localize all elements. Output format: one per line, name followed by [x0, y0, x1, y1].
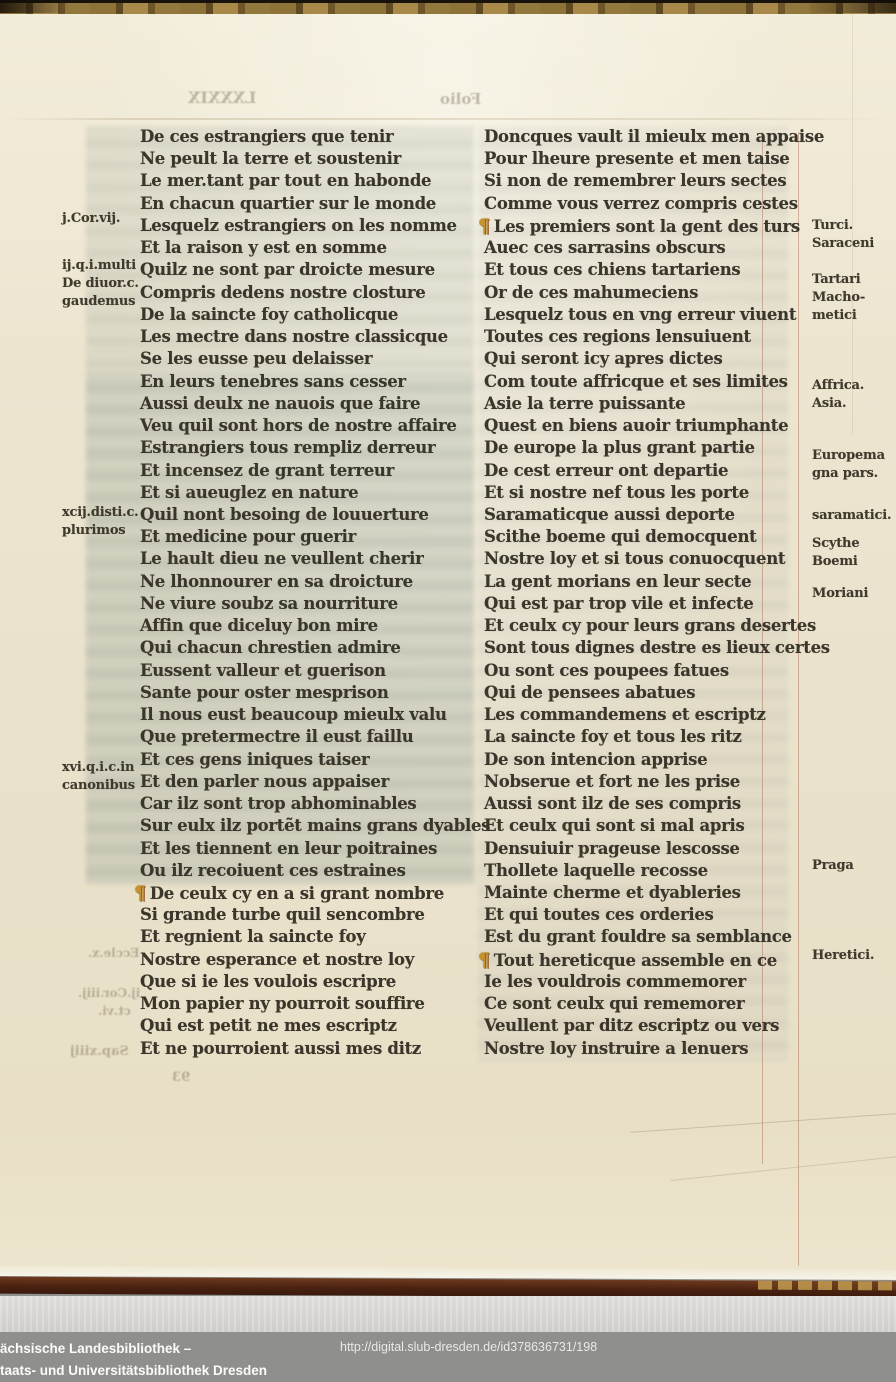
poem-line: De son intencion apprise	[484, 749, 794, 771]
margin-note: saramatici.	[812, 508, 891, 524]
poem-line: Compris dedens nostre closture	[140, 282, 480, 304]
poem-line: Comme vous verrez compris cestes	[484, 193, 794, 215]
top-right-shadow	[806, 0, 896, 13]
bleedthrough-text: Folio	[440, 90, 481, 108]
bleedthrough-text: LXXXIX	[188, 88, 256, 107]
poem-line: Eussent valleur et guerison	[140, 660, 480, 682]
margin-note: Asia.	[812, 396, 846, 412]
poem-line: Et ces gens iniques taiser	[140, 749, 480, 771]
poem-line: Et tous ces chiens tartariens	[484, 259, 794, 281]
poem-line: Sur eulx ilz portẽt mains grans dyables	[140, 815, 480, 837]
margin-note: Turci.	[812, 218, 853, 234]
source-url: http://digital.slub-dresden.de/id3786367…	[340, 1340, 597, 1354]
poem-line: Asie la terre puissante	[484, 393, 794, 415]
poem-line: Et den parler nous appaiser	[140, 771, 480, 793]
bleedthrough-text: ct.vi.	[98, 1004, 131, 1018]
poem-line: Ie les vouldrois commemorer	[484, 971, 794, 993]
bleedthrough-text: 93	[172, 1070, 190, 1085]
poem-line: Il nous eust beaucoup mieulx valu	[140, 704, 480, 726]
poem-line: De cest erreur ont departie	[484, 460, 794, 482]
poem-line: Et incensez de grant terreur	[140, 460, 480, 482]
poem-line: Sante pour oster mesprison	[140, 682, 480, 704]
margin-note: canonibus	[62, 778, 135, 794]
poem-line: Veullent par ditz escriptz ou vers	[484, 1015, 794, 1037]
poem-line: Quilz ne sont par droicte mesure	[140, 259, 480, 281]
poem-line: Quest en biens auoir triumphante	[484, 415, 794, 437]
poem-line: De la saincte foy catholicque	[140, 304, 480, 326]
margin-note: j.Cor.vij.	[62, 211, 120, 227]
poem-line: Nostre loy instruire a lenuers	[484, 1038, 794, 1060]
poem-line: De ces estrangiers que tenir	[140, 126, 480, 148]
poem-line: Ne lhonnourer en sa droicture	[140, 571, 480, 593]
poem-line: Et la raison y est en somme	[140, 237, 480, 259]
margin-note: Moriani	[812, 586, 868, 602]
poem-line: Ce sont ceulx qui rememorer	[484, 993, 794, 1015]
poem-line: Qui seront icy apres dictes	[484, 348, 794, 370]
poem-line: La saincte foy et tous les ritz	[484, 726, 794, 748]
poem-line: Et medicine pour guerir	[140, 526, 480, 548]
poem-line: Et ceulx cy pour leurs grans desertes	[484, 615, 794, 637]
margin-note: metici	[812, 308, 857, 324]
poem-line: Saramaticque aussi deporte	[484, 504, 794, 526]
library-name-line2: taats- und Universitätsbibliothek Dresde…	[0, 1363, 267, 1378]
poem-line: Or de ces mahumeciens	[484, 282, 794, 304]
poem-line: Et les tiennent en leur poitraines	[140, 838, 480, 860]
margin-note: Boemi	[812, 554, 858, 570]
poem-line: Thollete laquelle recosse	[484, 860, 794, 882]
poem-line: Si grande turbe quil sencombre	[140, 904, 480, 926]
poem-line: Est du grant fouldre sa semblance	[484, 926, 794, 948]
gold-paragraph-mark: ¶	[478, 949, 490, 971]
poem-line: Qui est par trop vile et infecte	[484, 593, 794, 615]
margin-note: ij.q.i.multi	[62, 258, 136, 274]
poem-line: Toutes ces regions lensuiuent	[484, 326, 794, 348]
horizontal-crease	[0, 118, 896, 120]
bleedthrough-text: Sap.xiiij	[70, 1044, 129, 1059]
margin-note: gaudemus	[62, 294, 135, 310]
poem-line: Qui de pensees abatues	[484, 682, 794, 704]
margin-note: Macho-	[812, 290, 865, 306]
poem-line: Densuiuir prageuse lescosse	[484, 838, 794, 860]
margin-note: Saraceni	[812, 236, 874, 252]
margin-note: Tartari	[812, 272, 861, 288]
poem-line: Ne viure soubz sa nourriture	[140, 593, 480, 615]
poem-line: Le hault dieu ne veullent cherir	[140, 548, 480, 570]
poem-line: Lesquelz estrangiers on les nomme	[140, 215, 480, 237]
caption-banner: ächsische Landesbibliothek –taats- und U…	[0, 1332, 896, 1382]
poem-line: Les mectre dans nostre classicque	[140, 326, 480, 348]
poem-line: Com toute affricque et ses limites	[484, 371, 794, 393]
poem-line: Car ilz sont trop abhominables	[140, 793, 480, 815]
poem-line: Et ne pourroient aussi mes ditz	[140, 1038, 480, 1060]
poem-line: Veu quil sont hors de nostre affaire	[140, 415, 480, 437]
margin-note: Europema	[812, 448, 885, 464]
poem-line: Quil nont besoing de louuerture	[140, 504, 480, 526]
poem-line: Et qui toutes ces orderies	[484, 904, 794, 926]
bleedthrough-text: Eccle.x.	[88, 946, 139, 960]
digitized-book-scan: { "colors":{ "parchment":"#ece4cf","ink"…	[0, 0, 896, 1382]
poem-line: Mainte cherme et dyableries	[484, 882, 794, 904]
poem-column-right: Doncques vault il mieulx men appaisePour…	[484, 126, 794, 1060]
margin-note: Praga	[812, 858, 854, 874]
poem-line: Le mer.tant par tout en habonde	[140, 170, 480, 192]
poem-line: Se les eusse peu delaisser	[140, 348, 480, 370]
poem-line: Pour lheure presente et men taise	[484, 148, 794, 170]
library-name: ächsische Landesbibliothek –taats- und U…	[0, 1338, 267, 1382]
poem-line: Et ceulx qui sont si mal apris	[484, 815, 794, 837]
poem-line: Et regnient la saincte foy	[140, 926, 480, 948]
margin-note: De diuor.c.	[62, 276, 139, 292]
poem-line: Et si aueuglez en nature	[140, 482, 480, 504]
poem-line: Doncques vault il mieulx men appaise	[484, 126, 794, 148]
poem-column-left: De ces estrangiers que tenirNe peult la …	[140, 126, 480, 1060]
poem-line: Ne peult la terre et soustenir	[140, 148, 480, 170]
poem-line: En leurs tenebres sans cesser	[140, 371, 480, 393]
poem-line: Les commandemens et escriptz	[484, 704, 794, 726]
margin-note: plurimos	[62, 523, 125, 539]
margin-note: Heretici.	[812, 948, 874, 964]
poem-line: ¶Tout hereticque assemble en ce	[484, 949, 794, 971]
poem-line: Ou ilz recoiuent ces estraines	[140, 860, 480, 882]
poem-line: En chacun quartier sur le monde	[140, 193, 480, 215]
poem-line: Mon papier ny pourroit souffire	[140, 993, 480, 1015]
poem-line: Et si nostre nef tous les porte	[484, 482, 794, 504]
poem-line: Ou sont ces poupees fatues	[484, 660, 794, 682]
poem-line: Que pretermectre il eust faillu	[140, 726, 480, 748]
margin-note: xcij.disti.c.	[62, 505, 139, 521]
poem-line: Qui chacun chrestien admire	[140, 637, 480, 659]
poem-line: Qui est petit ne mes escriptz	[140, 1015, 480, 1037]
top-left-shadow	[0, 0, 70, 13]
bleedthrough-text: ij.Cor.iiij.	[78, 986, 140, 1000]
book-board-gilt	[758, 1281, 896, 1291]
gilt-book-edge	[0, 0, 896, 14]
library-name-line1: ächsische Landesbibliothek –	[0, 1341, 191, 1356]
margin-note: gna pars.	[812, 466, 878, 482]
poem-line: Nostre esperance et nostre loy	[140, 949, 480, 971]
poem-line: Affin que diceluy bon mire	[140, 615, 480, 637]
poem-line: Lesquelz tous en vng erreur viuent	[484, 304, 794, 326]
margin-note: xvi.q.i.c.in	[62, 760, 134, 776]
poem-line: Si non de remembrer leurs sectes	[484, 170, 794, 192]
poem-line: La gent morians en leur secte	[484, 571, 794, 593]
margin-note: Affrica.	[812, 378, 864, 394]
poem-line: Auec ces sarrasins obscurs	[484, 237, 794, 259]
margin-note: Scythe	[812, 536, 859, 552]
poem-line: Que si ie les voulois escripre	[140, 971, 480, 993]
poem-line: Aussi sont ilz de ses compris	[484, 793, 794, 815]
poem-line: De europe la plus grant partie	[484, 437, 794, 459]
gold-paragraph-mark: ¶	[478, 215, 490, 237]
background-fabric	[0, 1296, 896, 1332]
poem-line: Scithe boeme qui democquent	[484, 526, 794, 548]
poem-line: Nobserue et fort ne les prise	[484, 771, 794, 793]
poem-line: Nostre loy et si tous conuocquent	[484, 548, 794, 570]
poem-line: ¶De ceulx cy en a si grant nombre	[140, 882, 480, 904]
poem-line: ¶Les premiers sont la gent des turs	[484, 215, 794, 237]
gold-paragraph-mark: ¶	[134, 882, 146, 904]
poem-line: Sont tous dignes destre es lieux certes	[484, 637, 794, 659]
poem-line: Estrangiers tous rempliz derreur	[140, 437, 480, 459]
poem-line: Aussi deulx ne nauois que faire	[140, 393, 480, 415]
margin-rule-outer	[798, 132, 799, 1266]
